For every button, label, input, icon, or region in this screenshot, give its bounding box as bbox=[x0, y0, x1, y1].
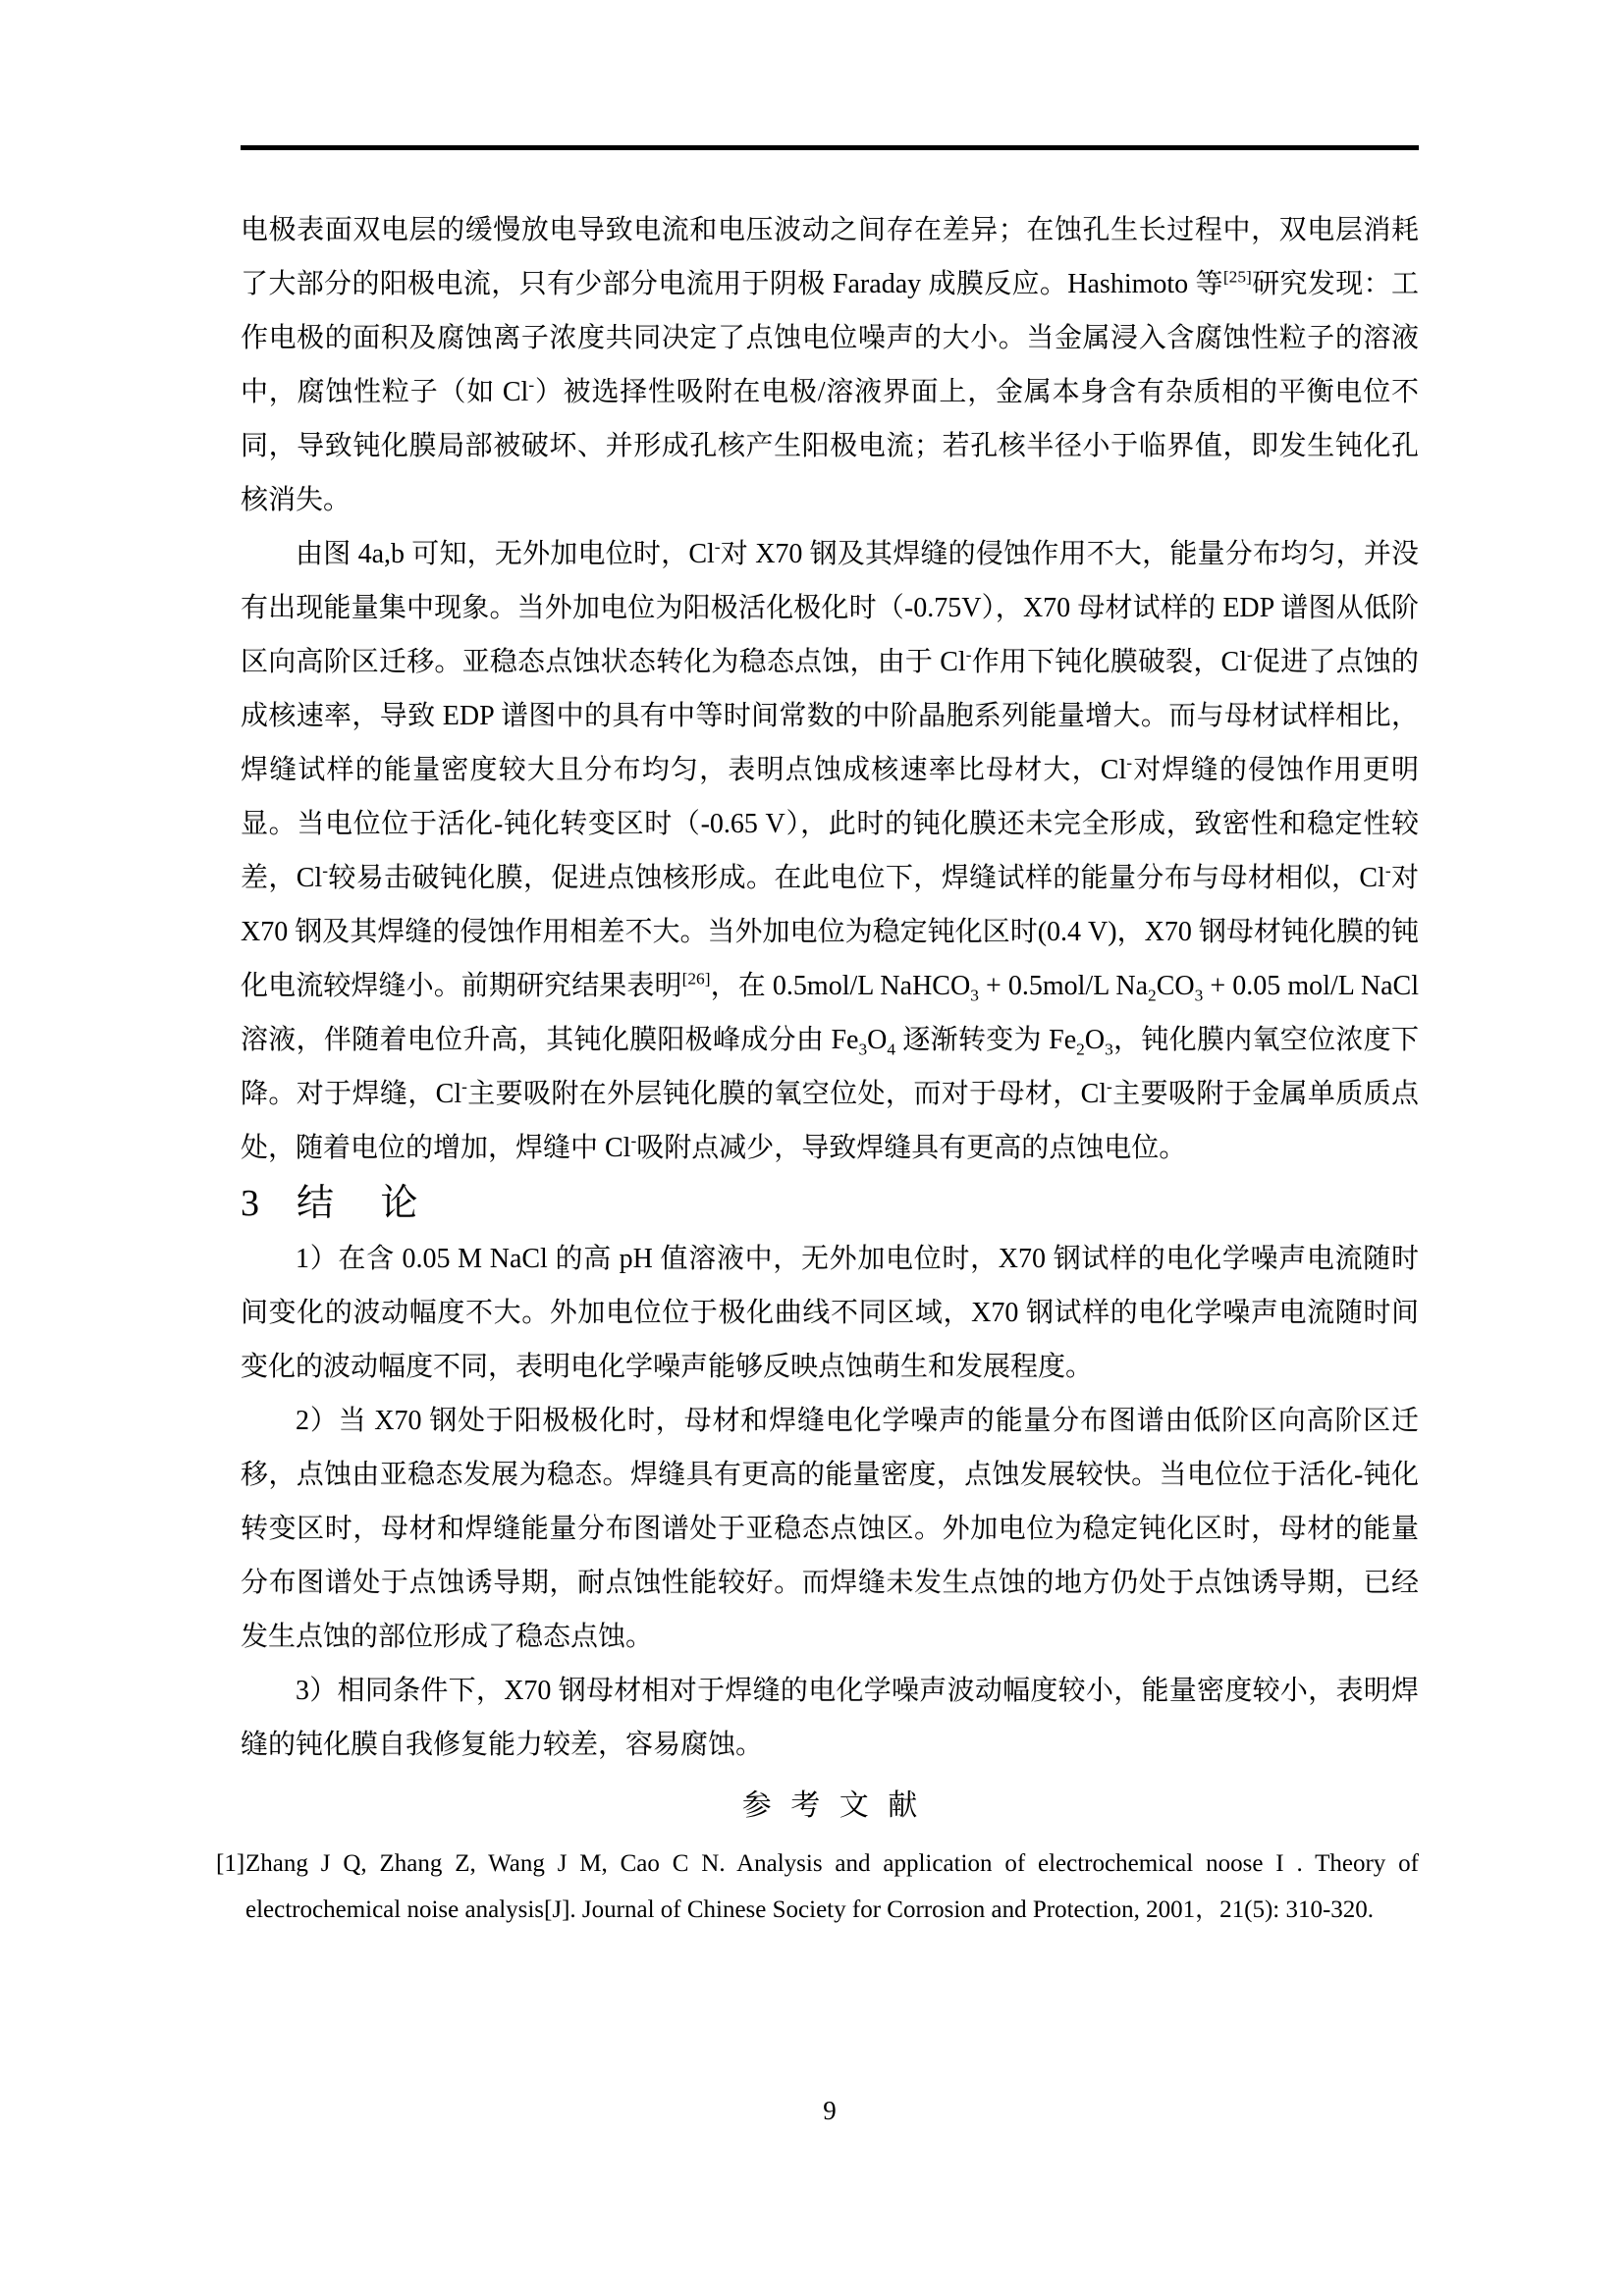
conclusion-text: 1）在含 0.05 M NaCl 的高 pH 值溶液中，无外加电位时，X70 钢… bbox=[241, 1232, 1419, 1772]
page-number: 9 bbox=[241, 2091, 1419, 2130]
subscript: 2 bbox=[1076, 1041, 1085, 1059]
reference-item: [1]Zhang J Q, Zhang Z, Wang J M, Cao C N… bbox=[216, 1841, 1419, 1933]
subscript: 3 bbox=[1105, 1041, 1113, 1059]
paragraph: 3）相同条件下，X70 钢母材相对于焊缝的电化学噪声波动幅度较小，能量密度较小，… bbox=[241, 1664, 1419, 1772]
paragraph: 2）当 X70 钢处于阳极极化时，母材和焊缝电化学噪声的能量分布图谱由低阶区向高… bbox=[241, 1394, 1419, 1664]
text-run: 较易击破钝化膜，促进点蚀核形成。在此电位下，焊缝试样的能量分布与母材相似，Cl bbox=[328, 863, 1385, 893]
subscript: 2 bbox=[1148, 987, 1157, 1005]
text-run: ，在 0.5mol/L NaHCO bbox=[711, 971, 971, 1001]
text-run: 3）相同条件下，X70 钢母材相对于焊缝的电化学噪声波动幅度较小，能量密度较小，… bbox=[241, 1676, 1419, 1760]
references-heading: 参 考 文 献 bbox=[241, 1782, 1419, 1831]
text-run: CO bbox=[1157, 971, 1195, 1001]
paragraph: 由图 4a,b 可知，无外加电位时，Cl-对 X70 钢及其焊缝的侵蚀作用不大，… bbox=[241, 527, 1419, 1175]
paper-page: 电极表面双电层的缓慢放电导致电流和电压波动之间存在差异；在蚀孔生长过程中，双电层… bbox=[0, 0, 1624, 2296]
reference-marker: [1] bbox=[216, 1841, 245, 1887]
text-run: + 0.5mol/L Na bbox=[979, 971, 1148, 1001]
text-run: 主要吸附在外层钝化膜的氧空位处，而对于母材，Cl bbox=[467, 1079, 1107, 1109]
text-run: 吸附点减少，导致焊缝具有更高的点蚀电位。 bbox=[636, 1133, 1186, 1163]
text-run: 1）在含 0.05 M NaCl 的高 pH 值溶液中，无外加电位时，X70 钢… bbox=[241, 1244, 1419, 1382]
subscript: 4 bbox=[887, 1041, 895, 1059]
references-list: [1]Zhang J Q, Zhang Z, Wang J M, Cao C N… bbox=[216, 1841, 1419, 1933]
section-number: 3 bbox=[241, 1183, 259, 1224]
text-run: O bbox=[867, 1025, 887, 1055]
body-text: 电极表面双电层的缓慢放电导致电流和电压波动之间存在差异；在蚀孔生长过程中，双电层… bbox=[241, 203, 1419, 1175]
text-run: 逐渐转变为 Fe bbox=[895, 1025, 1076, 1055]
text-run: 作用下钝化膜破裂，Cl bbox=[972, 647, 1247, 677]
subscript: 3 bbox=[1195, 987, 1204, 1005]
text-run: 2）当 X70 钢处于阳极极化时，母材和焊缝电化学噪声的能量分布图谱由低阶区向高… bbox=[241, 1406, 1419, 1652]
text-run: 由图 4a,b 可知，无外加电位时，Cl bbox=[296, 539, 715, 569]
superscript: [26] bbox=[682, 970, 711, 988]
page-content: 电极表面双电层的缓慢放电导致电流和电压波动之间存在差异；在蚀孔生长过程中，双电层… bbox=[241, 0, 1419, 1933]
superscript: [25] bbox=[1223, 268, 1252, 287]
header-rule bbox=[241, 145, 1419, 150]
subscript: 3 bbox=[858, 1041, 867, 1059]
text-run: Zhang J Q, Zhang Z, Wang J M, Cao C N. A… bbox=[245, 1850, 1419, 1923]
subscript: 3 bbox=[970, 987, 979, 1005]
text-run: O bbox=[1085, 1025, 1105, 1055]
text-run: 电极表面双电层的缓慢放电导致电流和电压波动之间存在差异；在蚀孔生长过程中，双电层… bbox=[241, 215, 1419, 299]
paragraph: 1）在含 0.05 M NaCl 的高 pH 值溶液中，无外加电位时，X70 钢… bbox=[241, 1232, 1419, 1394]
paragraph: 电极表面双电层的缓慢放电导致电流和电压波动之间存在差异；在蚀孔生长过程中，双电层… bbox=[241, 203, 1419, 527]
conclusion-section-heading: 3结 论 bbox=[241, 1175, 1419, 1232]
section-title: 结 论 bbox=[297, 1183, 418, 1224]
